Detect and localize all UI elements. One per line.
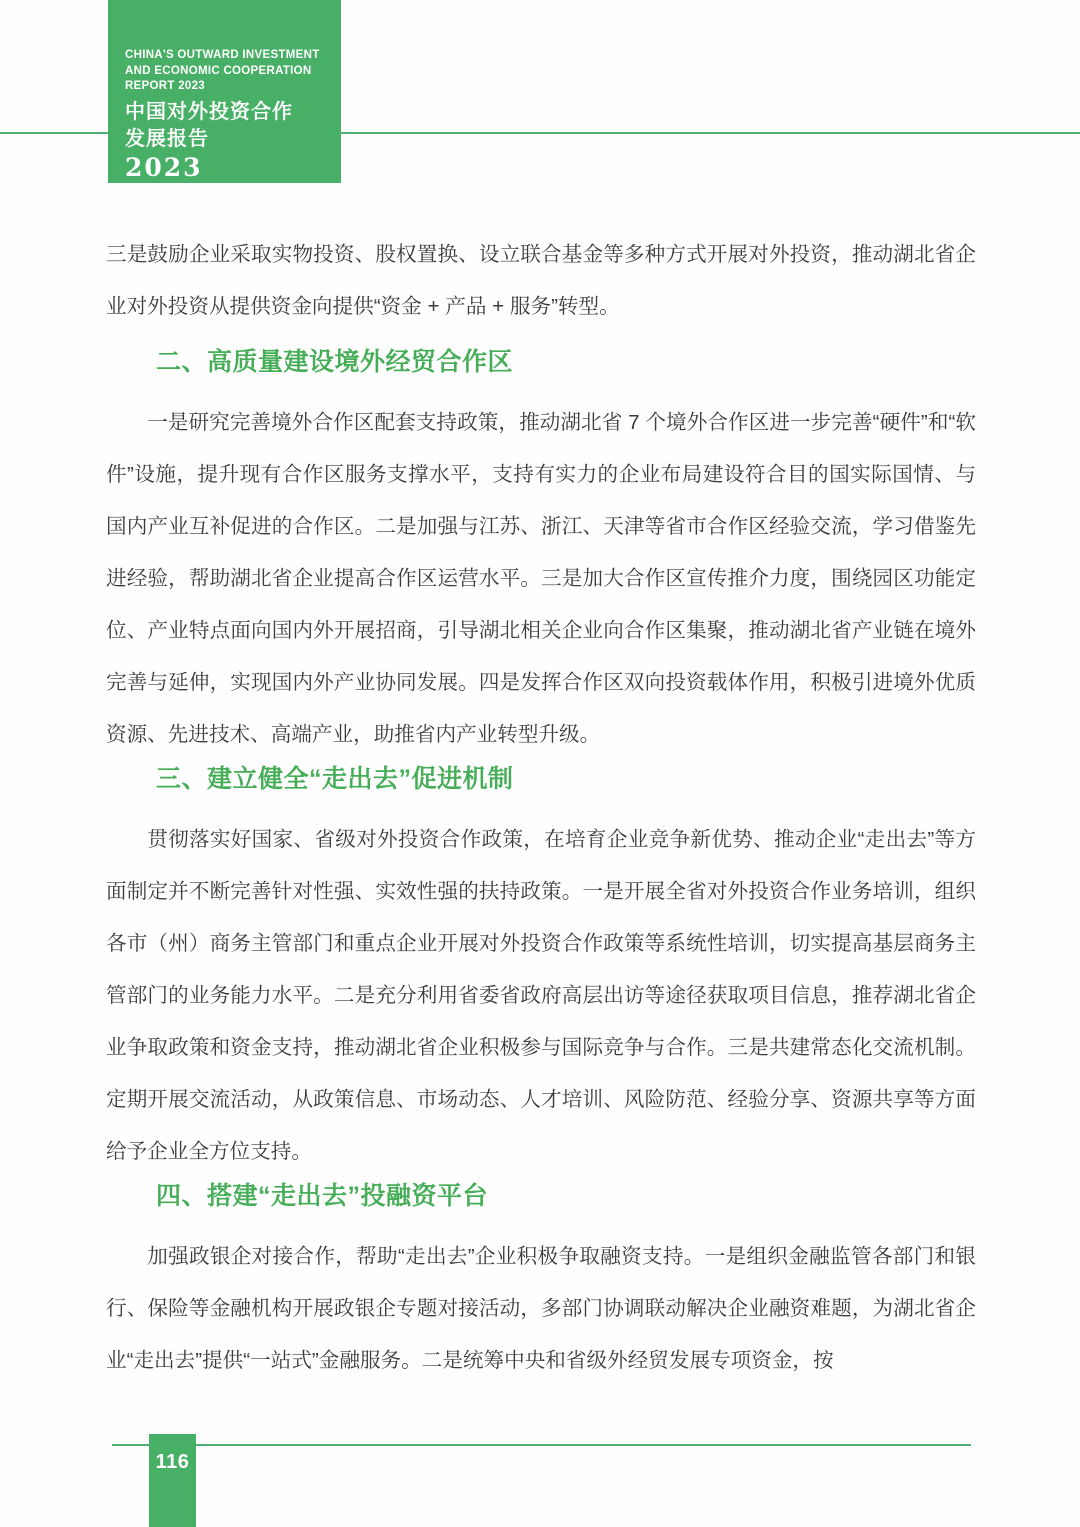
report-year: 2023 [125,154,341,182]
paragraph-continuation: 三是鼓励企业采取实物投资、股权置换、设立联合基金等多种方式开展对外投资，推动湖北… [106,229,976,333]
section-heading-4: 四、搭建“走出去”投融资平台 [156,1179,976,1213]
section-2-paragraph: 一是研究完善境外合作区配套支持政策，推动湖北省 7 个境外合作区进一步完善“硬件… [106,397,976,761]
top-rule-left-segment [0,132,108,134]
report-page: CHINA'S OUTWARD INVESTMENT AND ECONOMIC … [0,0,1080,1527]
report-title-cn-line2: 发展报告 [125,126,341,153]
report-title-cn-line1: 中国对外投资合作 [125,99,341,126]
report-header-banner: CHINA'S OUTWARD INVESTMENT AND ECONOMIC … [108,0,341,183]
section-heading-2: 二、高质量建设境外经贸合作区 [156,345,976,379]
report-title-en-line2: AND ECONOMIC COOPERATION [125,64,341,80]
top-rule-right-segment [341,132,1080,134]
section-3-paragraph: 贯彻落实好国家、省级对外投资合作政策，在培育企业竞争新优势、推动企业“走出去”等… [106,814,976,1178]
report-title-en-line1: CHINA'S OUTWARD INVESTMENT [125,48,341,64]
bottom-rule [112,1444,971,1446]
section-4-paragraph: 加强政银企对接合作，帮助“走出去”企业积极争取融资支持。一是组织金融监管各部门和… [106,1231,976,1387]
section-heading-3: 三、建立健全“走出去”促进机制 [156,762,976,796]
page-number-tab: 116 [149,1434,196,1527]
page-number: 116 [156,1451,190,1473]
report-title-en-line3: REPORT 2023 [125,79,341,95]
